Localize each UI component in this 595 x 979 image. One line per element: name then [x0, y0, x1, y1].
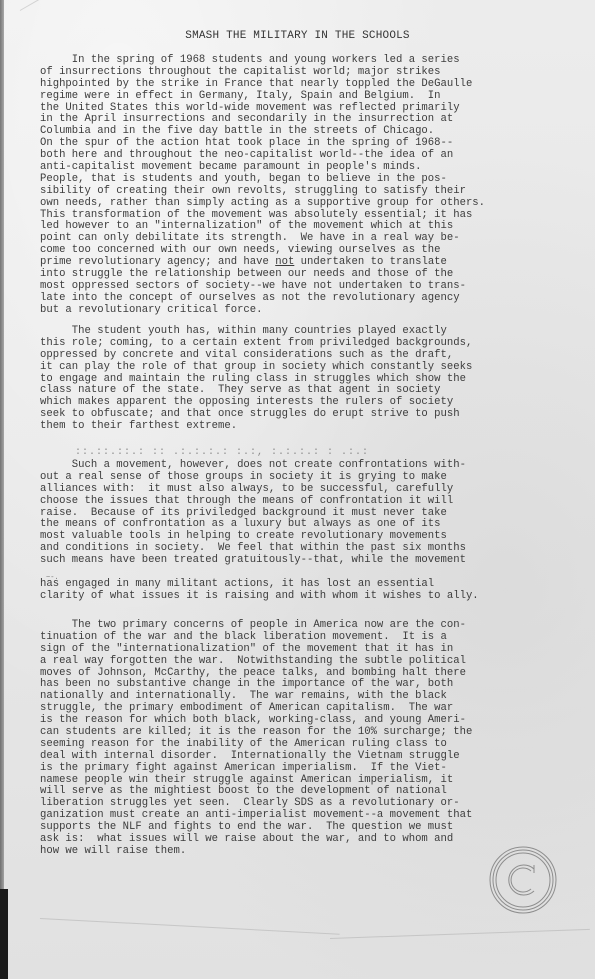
text-line: but a revolutionary critical force. — [40, 305, 540, 317]
text-line: has engaged in many militant actions, it… — [40, 579, 540, 591]
text-line: this role; coming, to a certain extent f… — [40, 338, 540, 350]
text-line: them to their farthest extreme. — [40, 421, 540, 433]
paragraph-1: In the spring of 1968 students and young… — [40, 55, 540, 317]
text-line: sibility of creating their own revolts, … — [40, 186, 540, 198]
text-line: a real way forgotten the war. Notwithsta… — [40, 656, 540, 668]
text-line: tinuation of the war and the black liber… — [40, 632, 540, 644]
text-line: People, that is students and youth, bega… — [40, 174, 540, 186]
text-line: it can play the role of that group in so… — [40, 362, 540, 374]
text-line: alliances with: it must also always, to … — [40, 484, 540, 496]
paper-crease — [20, 0, 72, 11]
text-line: how we will raise them. — [40, 846, 540, 858]
document-page: SMASH THE MILITARY IN THE SCHOOLS In the… — [0, 0, 595, 979]
text-line: out a real sense of those groups in soci… — [40, 472, 540, 484]
copyright-stamp-icon — [488, 845, 558, 915]
text-line: late into the concept of ourselves as no… — [40, 293, 540, 305]
text-line: sign of the "internationalization" of th… — [40, 644, 540, 656]
text-line: regime were in effect in Germany, Italy,… — [40, 91, 540, 103]
page-edge-shadow — [0, 0, 4, 979]
text-line: such means have been treated gratuitousl… — [40, 555, 540, 567]
document-title: SMASH THE MILITARY IN THE SCHOOLS — [0, 30, 595, 42]
text-line: is the primary fight against American im… — [40, 763, 540, 775]
paper-crease — [40, 918, 340, 935]
text-line: oppressed by concrete and vital consider… — [40, 350, 540, 362]
text-line: deal with internal disorder. Internation… — [40, 751, 540, 763]
paragraph-2: The student youth has, within many count… — [40, 326, 540, 433]
paper-crease — [330, 929, 590, 939]
page-corner-shadow — [0, 889, 8, 979]
struck-out-line: ::.::.::.: :: .:.:.:.: :.:, :.:.:.: : .:… — [75, 447, 369, 458]
text-line: clarity of what issues it is raising and… — [40, 591, 540, 603]
text-line: highpointed by the strike in France that… — [40, 79, 540, 91]
text-line: seeming reason for the inability of the … — [40, 739, 540, 751]
text-line: choose the issues that through the means… — [40, 496, 540, 508]
text-line: of insurrections throughout the capitali… — [40, 67, 540, 79]
paragraph-3: Such a movement, however, does not creat… — [40, 460, 540, 603]
paragraph-4: The two primary concerns of people in Am… — [40, 620, 540, 858]
text-line: own needs, rather than simply acting as … — [40, 198, 540, 210]
